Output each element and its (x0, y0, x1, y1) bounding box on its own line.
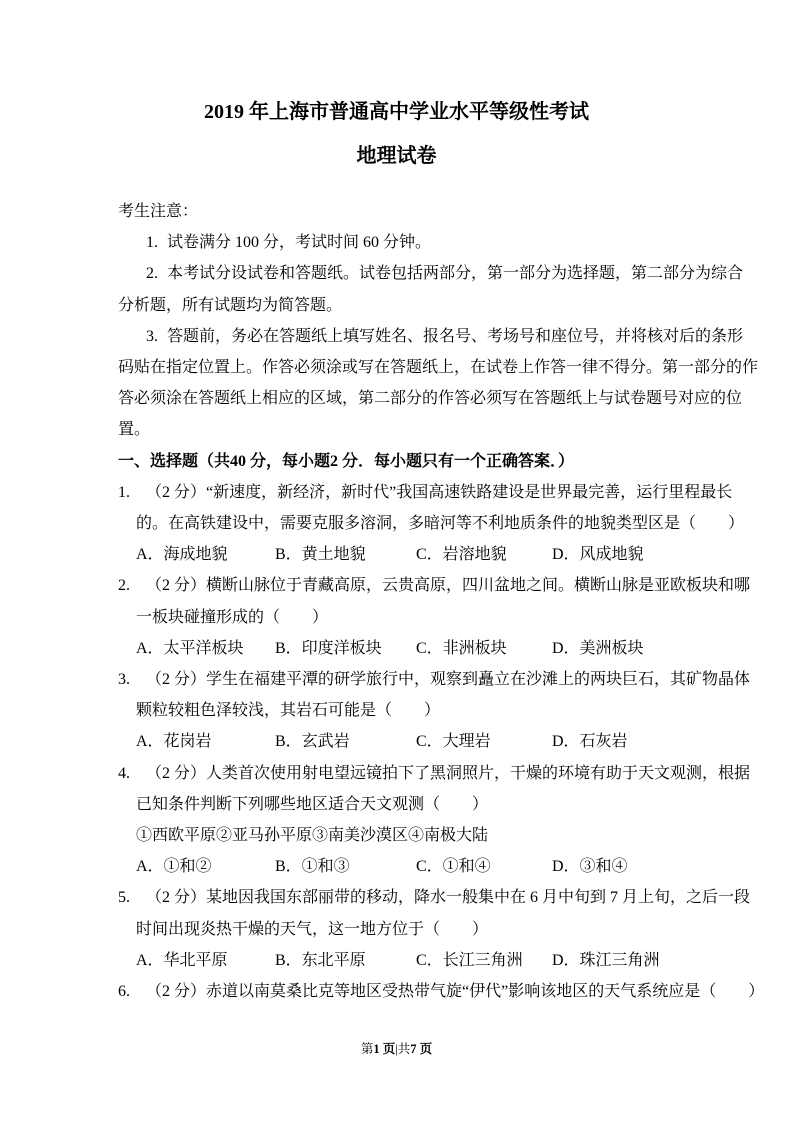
option-a: A．花岗岩 (136, 726, 212, 757)
question-2: 2.（2 分）横断山脉位于青藏高原，云贵高原，四川盆地之间。横断山脉是亚欧板块和… (118, 570, 678, 664)
question-stem-line: 的。在高铁建设中，需要克服多溶洞，多暗河等不利地质条件的地貌类型区是（ ） (118, 508, 678, 539)
question-stem-line: （2 分）学生在福建平潭的研学旅行中，观察到矗立在沙滩上的两块巨石，其矿物晶体 (146, 671, 750, 688)
question-4: 4.（2 分）人类首次使用射电望远镜拍下了黑洞照片，干燥的环境有助于天文观测，根… (118, 758, 678, 883)
option-d: D．珠江三角洲 (552, 945, 660, 976)
question-number: 5. (118, 882, 130, 913)
question-number: 4. (118, 758, 130, 789)
option-c: C．①和④ (416, 851, 491, 882)
notice-item-1: 1.试卷满分 100 分，考试时间 60 分钟。 (118, 227, 678, 258)
option-d: D．③和④ (552, 851, 628, 882)
option-c: C．长江三角洲 (416, 945, 523, 976)
option-b: B．玄武岩 (275, 726, 350, 757)
notice-heading: 考生注意： (118, 196, 678, 227)
option-a: A．华北平原 (136, 945, 228, 976)
notice-item-number: 3. (146, 321, 167, 352)
options-row: A．太平洋板块 B．印度洋板块 C．非洲板块 D．美洲板块 (118, 633, 678, 664)
options-row: A．①和② B．①和③ C．①和④ D．③和④ (118, 851, 678, 882)
option-d: D．美洲板块 (552, 633, 644, 664)
option-c: C．大理岩 (416, 726, 491, 757)
notice-line: 置。 (118, 414, 678, 445)
exam-page: 2019 年上海市普通高中学业水平等级性考试 地理试卷 考生注意： 1.试卷满分… (0, 0, 793, 1122)
question-number: 2. (118, 570, 130, 601)
notice-line: 答必须涂在答题纸上相应的区域，第二部分的作答必须写在答题纸上与试卷题号对应的位 (118, 383, 678, 414)
notice-line: 答题前，务必在答题纸上填写姓名、报名号、考场号和座位号，并将核对后的条形 (167, 328, 743, 345)
circled-choices-line: ①西欧平原②亚马孙平原③南美沙漠区④南极大陆 (118, 820, 678, 851)
option-b: B．印度洋板块 (275, 633, 382, 664)
options-row: A．花岗岩 B．玄武岩 C．大理岩 D．石灰岩 (118, 726, 678, 757)
question-stem-line: （2 分）“新速度，新经济，新时代”我国高速铁路建设是世界最完善，运行里程最长 (146, 484, 732, 501)
question-number: 1. (118, 477, 130, 508)
question-stem-line: 一板块碰撞形成的（ ） (118, 602, 678, 633)
notice-item-number: 1. (146, 227, 167, 258)
page-content: 考生注意： 1.试卷满分 100 分，考试时间 60 分钟。 2.本考试分设试卷… (0, 196, 793, 1007)
question-1: 1.（2 分）“新速度，新经济，新时代”我国高速铁路建设是世界最完善，运行里程最… (118, 477, 678, 571)
question-3: 3.（2 分）学生在福建平潭的研学旅行中，观察到矗立在沙滩上的两块巨石，其矿物晶… (118, 664, 678, 758)
notice-line: 码贴在指定位置上。作答必须涂或写在答题纸上，在试卷上作答一律不得分。第一部分的作 (118, 352, 678, 383)
question-stem-line: 时间出现炎热干燥的天气，这一地方位于（ ） (118, 914, 678, 945)
option-c: C．非洲板块 (416, 633, 507, 664)
question-stem-line: （2 分）赤道以南莫桑比克等地区受热带气旋“伊代”影响该地区的天气系统应是（ ） (146, 983, 764, 1000)
page-indicator: 第1 页|共7 页 (361, 1042, 432, 1056)
option-a: A．海成地貌 (136, 539, 228, 570)
page-title: 2019 年上海市普通高中学业水平等级性考试 (0, 97, 793, 127)
section-heading: 一、选择题（共40 分，每小题2 分．每小题只有一个正确答案．） (118, 446, 678, 477)
question-stem-line: 已知条件判断下列哪些地区适合天文观测（ ） (118, 789, 678, 820)
option-b: B．①和③ (275, 851, 350, 882)
option-a: A．太平洋板块 (136, 633, 244, 664)
question-number: 3. (118, 664, 130, 695)
notice-line: 本考试分设试卷和答题纸。试卷包括两部分，第一部分为选择题，第二部分为综合 (167, 265, 743, 282)
option-b: B．东北平原 (275, 945, 366, 976)
option-c: C．岩溶地貌 (416, 539, 507, 570)
option-a: A．①和② (136, 851, 212, 882)
option-d: D．风成地貌 (552, 539, 644, 570)
question-5: 5.（2 分）某地因我国东部丽带的移动，降水一般集中在 6 月中旬到 7 月上旬… (118, 882, 678, 976)
question-stem-line: （2 分）人类首次使用射电望远镜拍下了黑洞照片，干燥的环境有助于天文观测，根据 (146, 765, 750, 782)
option-d: D．石灰岩 (552, 726, 628, 757)
options-row: A．华北平原 B．东北平原 C．长江三角洲 D．珠江三角洲 (118, 945, 678, 976)
question-stem-line: （2 分）某地因我国东部丽带的移动，降水一般集中在 6 月中旬到 7 月上旬，之… (146, 889, 750, 906)
notice-line: 分析题，所有试题均为简答题。 (118, 290, 678, 321)
question-stem-line: （2 分）横断山脉位于青藏高原，云贵高原，四川盆地之间。横断山脉是亚欧板块和哪 (146, 577, 750, 594)
page-subtitle: 地理试卷 (0, 141, 793, 171)
options-row: A．海成地貌 B．黄土地貌 C．岩溶地貌 D．风成地貌 (118, 539, 678, 570)
question-number: 6. (118, 976, 130, 1007)
question-6: 6.（2 分）赤道以南莫桑比克等地区受热带气旋“伊代”影响该地区的天气系统应是（… (118, 976, 678, 1007)
notice-item-3: 3.答题前，务必在答题纸上填写姓名、报名号、考场号和座位号，并将核对后的条形 码… (118, 321, 678, 446)
notice-item-number: 2. (146, 258, 167, 289)
notice-line: 试卷满分 100 分，考试时间 60 分钟。 (167, 234, 431, 251)
question-stem-line: 颗粒较粗色泽较浅，其岩石可能是（ ） (118, 695, 678, 726)
page-footer: 第1 页|共7 页 (0, 1040, 793, 1058)
option-b: B．黄土地貌 (275, 539, 366, 570)
notice-item-2: 2.本考试分设试卷和答题纸。试卷包括两部分，第一部分为选择题，第二部分为综合 分… (118, 258, 678, 320)
